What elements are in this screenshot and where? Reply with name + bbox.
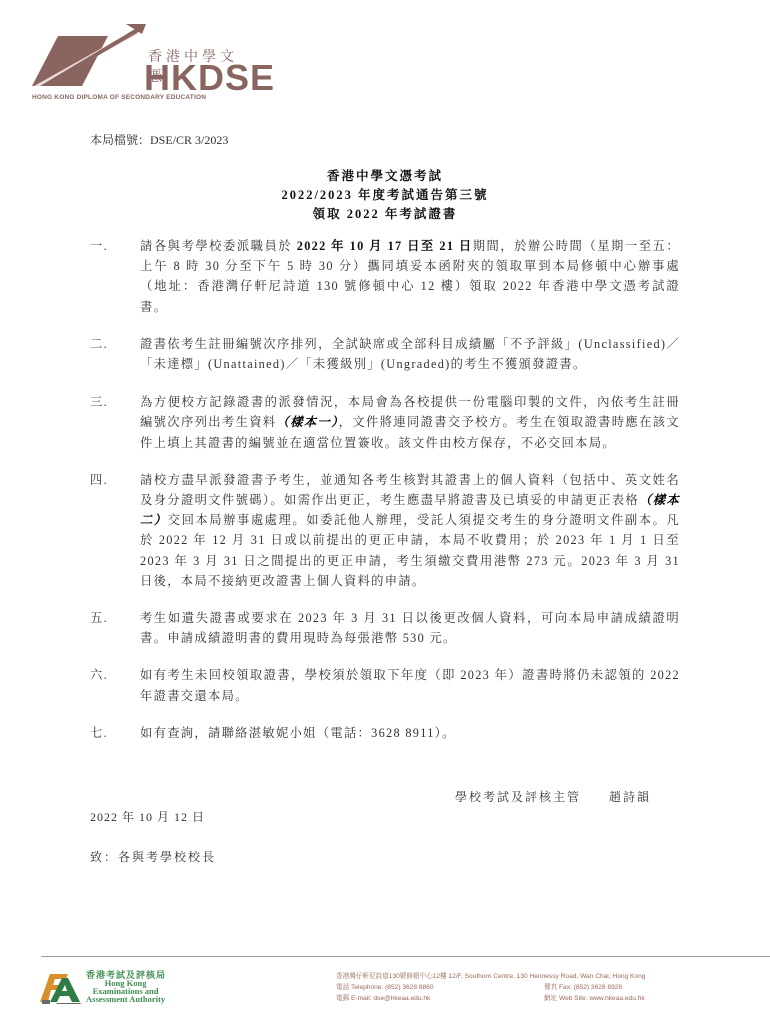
hkeaa-english-name: Hong Kong Examinations and Assessment Au…: [86, 979, 165, 1003]
signature-block: 學校考試及評核主管趙詩韻: [455, 788, 651, 805]
email-link[interactable]: 電郵 E-mail: dse@hkeaa.edu.hk: [336, 993, 544, 1004]
item-text: 考生如遺失證書或要求在 2023 年 3 月 31 日以後更改個人資料，可向本局…: [140, 608, 680, 648]
item-text-pre: 請各與考學校委派職員於: [140, 239, 297, 253]
hkeaa-name-line-3: Assessment Authority: [86, 995, 165, 1003]
notice-items: 一. 請各與考學校委派職員於 2022 年 10 月 17 日至 21 日期間，…: [90, 236, 680, 743]
hkdse-logo-mark-icon: [30, 24, 150, 94]
item-text-bold-date: 2022 年 10 月 17 日至 21 日: [297, 239, 473, 253]
notice-item-4: 四. 請校方盡早派發證書予考生，並通知各考生核對其證書上的個人資料（包括中、英文…: [90, 470, 680, 591]
logo-english-text: HKDSE: [144, 60, 275, 96]
hkeaa-emblem-icon: [38, 970, 84, 1004]
issue-date: 2022 年 10 月 12 日: [90, 808, 205, 825]
signatory-name: 趙詩韻: [609, 790, 651, 804]
item-number: 四.: [90, 470, 140, 591]
item-number: 二.: [90, 334, 140, 374]
fax: 傳真 Fax: (852) 3628 8928: [544, 982, 622, 993]
item-text: 證書依考生註冊編號次序排列，全試缺席或全部科目成績屬「不予評級」(Unclass…: [140, 334, 680, 374]
notice-item-5: 五. 考生如遺失證書或要求在 2023 年 3 月 31 日以後更改個人資料，可…: [90, 608, 680, 648]
recipient: 致：各與考學校校長: [90, 848, 216, 865]
notice-item-1: 一. 請各與考學校委派職員於 2022 年 10 月 17 日至 21 日期間，…: [90, 236, 680, 317]
website-link[interactable]: 網址 Web Site: www.hkeaa.edu.hk: [544, 993, 645, 1004]
document-title: 香港中學文憑考試 2022/2023 年度考試通告第三號 領取 2022 年考試…: [0, 167, 770, 224]
logo-subtitle: HONG KONG DIPLOMA OF SECONDARY EDUCATION: [32, 94, 206, 101]
address-row: 香港灣仔軒尼詩道130號修頓中心12樓 12/F, Southorn Centr…: [336, 971, 766, 982]
sample-1-reference: （樣本一）: [277, 415, 339, 429]
reference-number: 本局檔號：DSE/CR 3/2023: [90, 131, 228, 148]
item-text: 為方便校方記錄證書的派發情況，本局會為各校提供一份電腦印製的文件，內依考生註冊編…: [140, 392, 680, 453]
item-number: 五.: [90, 608, 140, 648]
title-line-3: 領取 2022 年考試證書: [0, 205, 770, 224]
footer-divider: [41, 956, 770, 957]
item-text: 請校方盡早派發證書予考生，並通知各考生核對其證書上的個人資料（包括中、英文姓名及…: [140, 470, 680, 591]
item-text-post: 交回本局辦事處處理。如委託他人辦理，受託人須提交考生的身分證明文件副本。凡於 2…: [140, 513, 680, 588]
item-text: 請各與考學校委派職員於 2022 年 10 月 17 日至 21 日期間，於辦公…: [140, 236, 680, 317]
item-text: 如有查詢，請聯絡湛敏妮小姐（電話：3628 8911）。: [140, 723, 680, 743]
phone-fax-row: 電話 Telephone: (852) 3628 8860 傳真 Fax: (8…: [336, 982, 766, 993]
hkdse-logo: 香港中學文憑 HKDSE HONG KONG DIPLOMA OF SECOND…: [30, 24, 250, 102]
hkeaa-logo: 香港考試及評核局 Hong Kong Examinations and Asse…: [38, 968, 188, 1008]
item-number: 六.: [90, 665, 140, 705]
title-line-2: 2022/2023 年度考試通告第三號: [0, 186, 770, 205]
title-line-1: 香港中學文憑考試: [0, 167, 770, 186]
notice-item-2: 二. 證書依考生註冊編號次序排列，全試缺席或全部科目成績屬「不予評級」(Uncl…: [90, 334, 680, 374]
signatory-title: 學校考試及評核主管: [455, 790, 581, 804]
email-web-row: 電郵 E-mail: dse@hkeaa.edu.hk 網址 Web Site:…: [336, 993, 766, 1004]
item-text: 如有考生未回校領取證書，學校須於領取下年度（即 2023 年）證書時將仍未認領的…: [140, 665, 680, 705]
item-number: 一.: [90, 236, 140, 317]
item-number: 三.: [90, 392, 140, 453]
notice-item-6: 六. 如有考生未回校領取證書，學校須於領取下年度（即 2023 年）證書時將仍未…: [90, 665, 680, 705]
telephone: 電話 Telephone: (852) 3628 8860: [336, 982, 544, 993]
notice-item-3: 三. 為方便校方記錄證書的派發情況，本局會為各校提供一份電腦印製的文件，內依考生…: [90, 392, 680, 453]
item-text-pre: 請校方盡早派發證書予考生，並通知各考生核對其證書上的個人資料（包括中、英文姓名及…: [140, 473, 680, 507]
notice-item-7: 七. 如有查詢，請聯絡湛敏妮小姐（電話：3628 8911）。: [90, 723, 680, 743]
contact-info: 香港灣仔軒尼詩道130號修頓中心12樓 12/F, Southorn Centr…: [336, 971, 766, 1004]
item-number: 七.: [90, 723, 140, 743]
address: 香港灣仔軒尼詩道130號修頓中心12樓 12/F, Southorn Centr…: [336, 971, 645, 982]
